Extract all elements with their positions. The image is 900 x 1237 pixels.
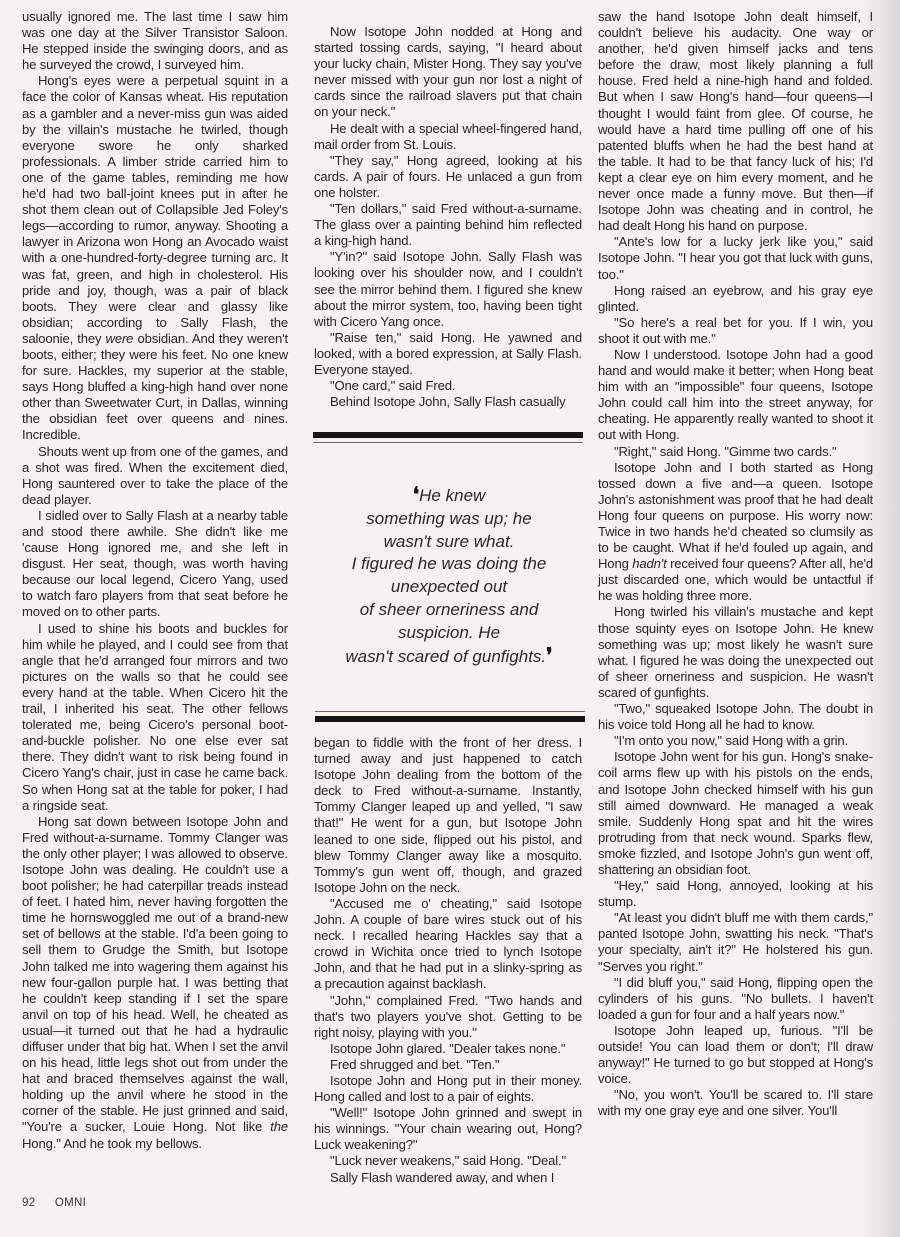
publication-name: OMNI	[55, 1197, 86, 1209]
paragraph: "One card," said Fred.	[314, 378, 582, 394]
pull-quote-top-rule	[313, 432, 583, 443]
paragraph: I used to shine his boots and buckles fo…	[22, 621, 288, 814]
paragraph: "Well!" Isotope John grinned and swept i…	[314, 1105, 582, 1153]
paragraph: "No, you won't. You'll be scared to. I'l…	[598, 1087, 873, 1119]
paragraph: Isotope John glared. "Dealer takes none.…	[314, 1041, 582, 1057]
page-number: 92	[22, 1197, 35, 1209]
paragraph: Now I understood. Isotope John had a goo…	[598, 347, 873, 444]
article-column-1: usually ignored me. The last time I saw …	[22, 9, 288, 1152]
paragraph: "So here's a real bet for you. If I win,…	[598, 315, 873, 347]
paragraph: "Ten dollars," said Fred without-a-surna…	[314, 201, 582, 249]
paragraph: usually ignored me. The last time I saw …	[22, 9, 288, 73]
paragraph: "At least you didn't bluff me with them …	[598, 910, 873, 974]
paragraph: Hong twirled his villain's mustache and …	[598, 604, 873, 701]
paragraph: "Raise ten," said Hong. He yawned and lo…	[314, 330, 582, 378]
article-column-2-top: Now Isotope John nodded at Hong and star…	[314, 24, 582, 410]
pull-quote-line: of sheer orneriness and	[315, 599, 583, 622]
close-quote-icon: ❜	[546, 645, 552, 667]
pull-quote-line: suspicion. He	[315, 622, 583, 645]
paragraph: "Hey," said Hong, annoyed, looking at hi…	[598, 878, 873, 910]
paragraph: "Luck never weakens," said Hong. "Deal."	[314, 1153, 582, 1169]
paragraph: Isotope John and Hong put in their money…	[314, 1073, 582, 1105]
thick-rule	[313, 432, 583, 438]
article-column-3: saw the hand Isotope John dealt himself,…	[598, 9, 873, 1119]
paragraph: began to fiddle with the front of her dr…	[314, 735, 582, 896]
paragraph: I sidled over to Sally Flash at a nearby…	[22, 508, 288, 621]
emphasis: were	[106, 331, 134, 346]
pull-quote-line: I figured he was doing the	[315, 553, 583, 576]
article-column-2-bottom: began to fiddle with the front of her dr…	[314, 735, 582, 1186]
paragraph: Sally Flash wandered away, and when I	[314, 1170, 582, 1186]
paragraph: saw the hand Isotope John dealt himself,…	[598, 9, 873, 234]
paragraph: "John," complained Fred. "Two hands and …	[314, 993, 582, 1041]
paragraph: Hong raised an eyebrow, and his gray eye…	[598, 283, 873, 315]
paragraph: Isotope John and I both started as Hong …	[598, 460, 873, 605]
paragraph: "Y'in?" said Isotope John. Sally Flash w…	[314, 249, 582, 329]
paragraph: Shouts went up from one of the games, an…	[22, 444, 288, 508]
paragraph: "They say," Hong agreed, looking at his …	[314, 153, 582, 201]
pull-quote-line: unexpected out	[315, 576, 583, 599]
paragraph: "Two," squeaked Isotope John. The doubt …	[598, 701, 873, 733]
paragraph: Behind Isotope John, Sally Flash casuall…	[314, 394, 582, 410]
paragraph: Now Isotope John nodded at Hong and star…	[314, 24, 582, 121]
paragraph: He dealt with a special wheel-fingered h…	[314, 121, 582, 153]
paragraph: Isotope John went for his gun. Hong's sn…	[598, 749, 873, 878]
thin-rule	[315, 711, 585, 712]
page-footer: 92 OMNI	[22, 1197, 86, 1209]
emphasis: hadn't	[632, 556, 666, 571]
pull-quote-line: ❛He knew	[315, 484, 583, 508]
pull-quote-line: something was up; he	[315, 508, 583, 531]
thin-rule	[313, 442, 583, 443]
pull-quote: ❛He knew something was up; he wasn't sur…	[315, 484, 583, 668]
paragraph: "Right," said Hong. "Gimme two cards."	[598, 444, 873, 460]
paragraph: Hong sat down between Isotope John and F…	[22, 814, 288, 1152]
paragraph: Fred shrugged and bet. "Ten."	[314, 1057, 582, 1073]
paragraph: "Ante's low for a lucky jerk like you," …	[598, 234, 873, 282]
thick-rule	[315, 716, 585, 722]
paragraph: "Accused me o' cheating," said Isotope J…	[314, 896, 582, 993]
paragraph: Hong's eyes were a perpetual squint in a…	[22, 73, 288, 443]
paragraph: Isotope John leaped up, furious. "I'll b…	[598, 1023, 873, 1087]
pull-quote-line: wasn't sure what.	[315, 531, 583, 554]
emphasis: the	[270, 1119, 288, 1134]
paragraph: "I'm onto you now," said Hong with a gri…	[598, 733, 873, 749]
pull-quote-bottom-rule	[315, 711, 585, 722]
pull-quote-line: wasn't scared of gunfights.❜	[315, 645, 583, 669]
paragraph: "I did bluff you," said Hong, flipping o…	[598, 975, 873, 1023]
